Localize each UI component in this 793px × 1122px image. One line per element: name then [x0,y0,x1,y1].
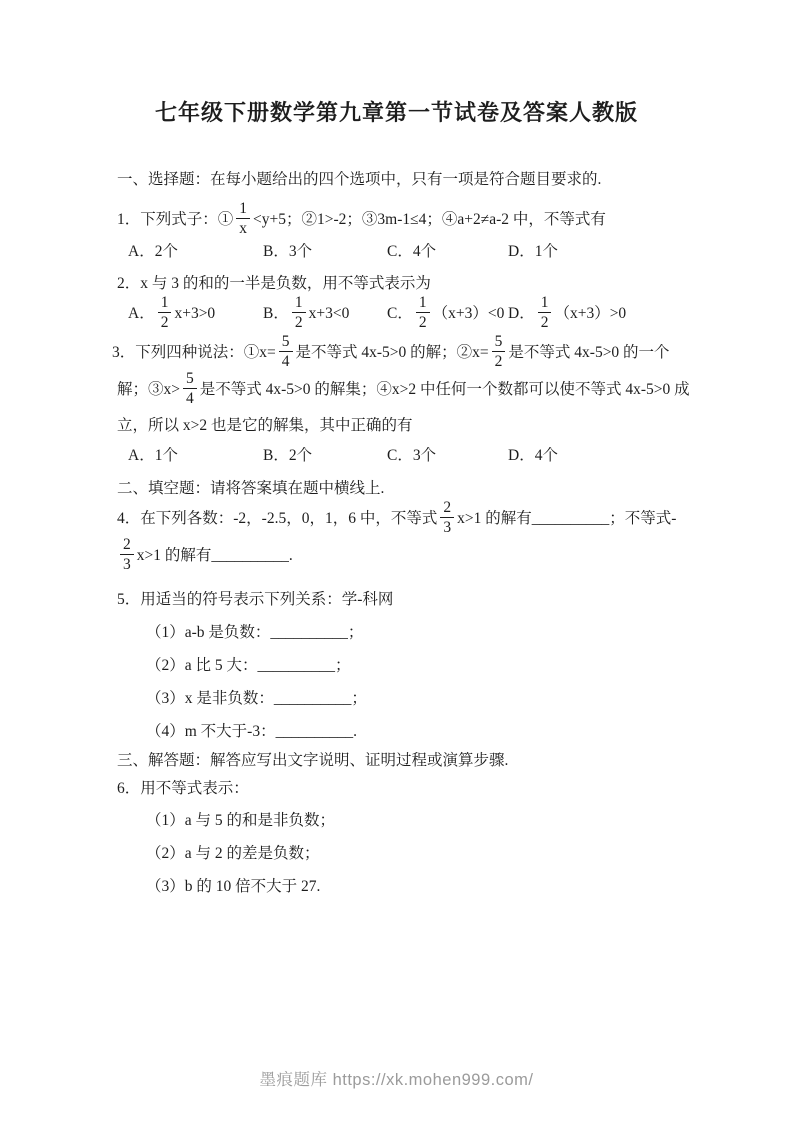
fraction-denominator: x [239,219,247,237]
fraction-denominator: 3 [123,555,131,573]
question-2-option-d: D．12（x+3）>0 [508,296,693,333]
question-3: 3．下列四种说法：①x=54是不等式 4x-5>0 的解；②x=52是不等式 4… [117,335,693,442]
question-5-stem: 5．用适当的符号表示下列关系：学-科网 [117,583,693,616]
fraction-denominator: 2 [541,313,549,331]
fraction-numerator: 5 [183,370,197,389]
question-3-option-a: A．1个 [128,446,263,466]
fraction-numerator: 1 [538,294,552,313]
test-paper-page: 七年级下册数学第九章第一节试卷及答案人教版 一、选择题：在每小题给出的四个选项中… [0,0,793,1122]
section-2-heading: 二、填空题：请将答案填在题中横线上. [117,478,693,499]
fraction-1-over-2: 12 [292,294,306,331]
option-expression: x+3<0 [309,305,350,322]
question-3-options: A．1个 B．2个 C．3个 D．4个 [117,446,693,466]
page-title: 七年级下册数学第九章第一节试卷及答案人教版 [100,98,693,128]
question-1: 1．下列式子：①1x<y+5；②1>-2；③3m-1≤4；④a+2≠a-2 中，… [117,200,693,240]
fraction-numerator: 1 [158,294,172,313]
fraction-denominator: 4 [186,389,194,407]
fraction-numerator: 5 [492,333,506,352]
fraction-1-over-2: 12 [416,294,430,331]
fraction-denominator: 2 [295,313,303,331]
question-6-item-3: （3）b 的 10 倍不大于 27. [117,870,693,903]
question-5-item-2: （2）a 比 5 大：__________； [117,649,693,682]
option-label: D． [508,305,535,322]
option-expression: （x+3）>0 [554,305,626,322]
fraction-denominator: 3 [443,518,451,536]
fraction-5-over-4: 54 [183,370,197,407]
question-3-text-1: 3．下列四种说法：①x= [112,344,276,361]
footer-watermark: 墨痕题库 https://xk.mohen999.com/ [0,1066,793,1090]
question-4-text-2: x>1 的解有__________；不等式- [457,510,676,527]
question-5-item-3: （3）x 是非负数：__________； [117,682,693,715]
fraction-numerator: 5 [279,333,293,352]
fraction-2-over-3: 23 [120,536,134,573]
question-6-item-1: （1）a 与 5 的和是非负数； [117,804,693,837]
fraction-numerator: 2 [440,499,454,518]
fraction-numerator: 1 [236,200,250,219]
fraction-1-over-x: 1x [236,200,250,237]
question-5-item-4: （4）m 不大于-3：__________. [117,715,693,748]
question-4-text-1: 4．在下列各数：-2，-2.5，0，1，6 中，不等式 [117,510,437,527]
fraction-1-over-2: 12 [158,294,172,331]
question-1-text-post: <y+5；②1>-2；③3m-1≤4；④a+2≠a-2 中，不等式有 [253,211,606,228]
option-label: C． [387,305,413,322]
question-5: 5．用适当的符号表示下列关系：学-科网 （1）a-b 是负数：_________… [117,583,693,748]
question-4: 4．在下列各数：-2，-2.5，0，1，6 中，不等式23x>1 的解有____… [117,501,693,575]
fraction-denominator: 4 [282,352,290,370]
question-1-options: A．2个 B．3个 C．4个 D．1个 [117,242,693,262]
option-label: B． [263,305,289,322]
fraction-2-over-3: 23 [440,499,454,536]
fraction-denominator: 2 [495,352,503,370]
section-1-heading: 一、选择题：在每小题给出的四个选项中，只有一项是符合题目要求的. [117,169,693,190]
question-2-option-a: A．12x+3>0 [128,296,263,333]
question-2-option-b: B．12x+3<0 [263,296,387,333]
question-3-option-c: C．3个 [387,446,508,466]
paper-content: 七年级下册数学第九章第一节试卷及答案人教版 一、选择题：在每小题给出的四个选项中… [0,0,793,903]
fraction-numerator: 1 [416,294,430,313]
question-3-option-d: D．4个 [508,446,693,466]
question-3-option-b: B．2个 [263,446,387,466]
question-1-text-pre: 1．下列式子：① [117,211,233,228]
option-expression: （x+3）<0 [433,305,505,322]
question-2: 2．x 与 3 的和的一半是负数，用不等式表示为 [117,273,693,294]
question-3-text-4: 是不等式 4x-5>0 的解集；④x>2 中任何一个数都可以使不等式 4x-5>… [117,381,690,434]
question-2-options: A．12x+3>0 B．12x+3<0 C．12（x+3）<0 D．12（x+3… [117,296,693,333]
question-4-text-3: x>1 的解有__________. [137,547,293,564]
option-label: A． [128,305,155,322]
fraction-denominator: 2 [419,313,427,331]
fraction-5-over-4: 54 [279,333,293,370]
question-6-stem: 6．用不等式表示： [117,774,693,804]
fraction-denominator: 2 [161,313,169,331]
question-5-item-1: （1）a-b 是负数：__________； [117,616,693,649]
question-1-option-c: C．4个 [387,242,508,262]
question-6: 6．用不等式表示： （1）a 与 5 的和是非负数； （2）a 与 2 的差是负… [117,774,693,903]
question-1-option-d: D．1个 [508,242,693,262]
option-expression: x+3>0 [174,305,215,322]
question-1-option-b: B．3个 [263,242,387,262]
fraction-1-over-2: 12 [538,294,552,331]
fraction-numerator: 1 [292,294,306,313]
question-6-item-2: （2）a 与 2 的差是负数； [117,837,693,870]
question-3-text-2: 是不等式 4x-5>0 的解；②x= [296,344,489,361]
question-1-option-a: A．2个 [128,242,263,262]
section-3-heading: 三、解答题：解答应写出文字说明、证明过程或演算步骤. [117,748,693,774]
fraction-5-over-2: 52 [492,333,506,370]
fraction-numerator: 2 [120,536,134,555]
question-2-option-c: C．12（x+3）<0 [387,296,508,333]
